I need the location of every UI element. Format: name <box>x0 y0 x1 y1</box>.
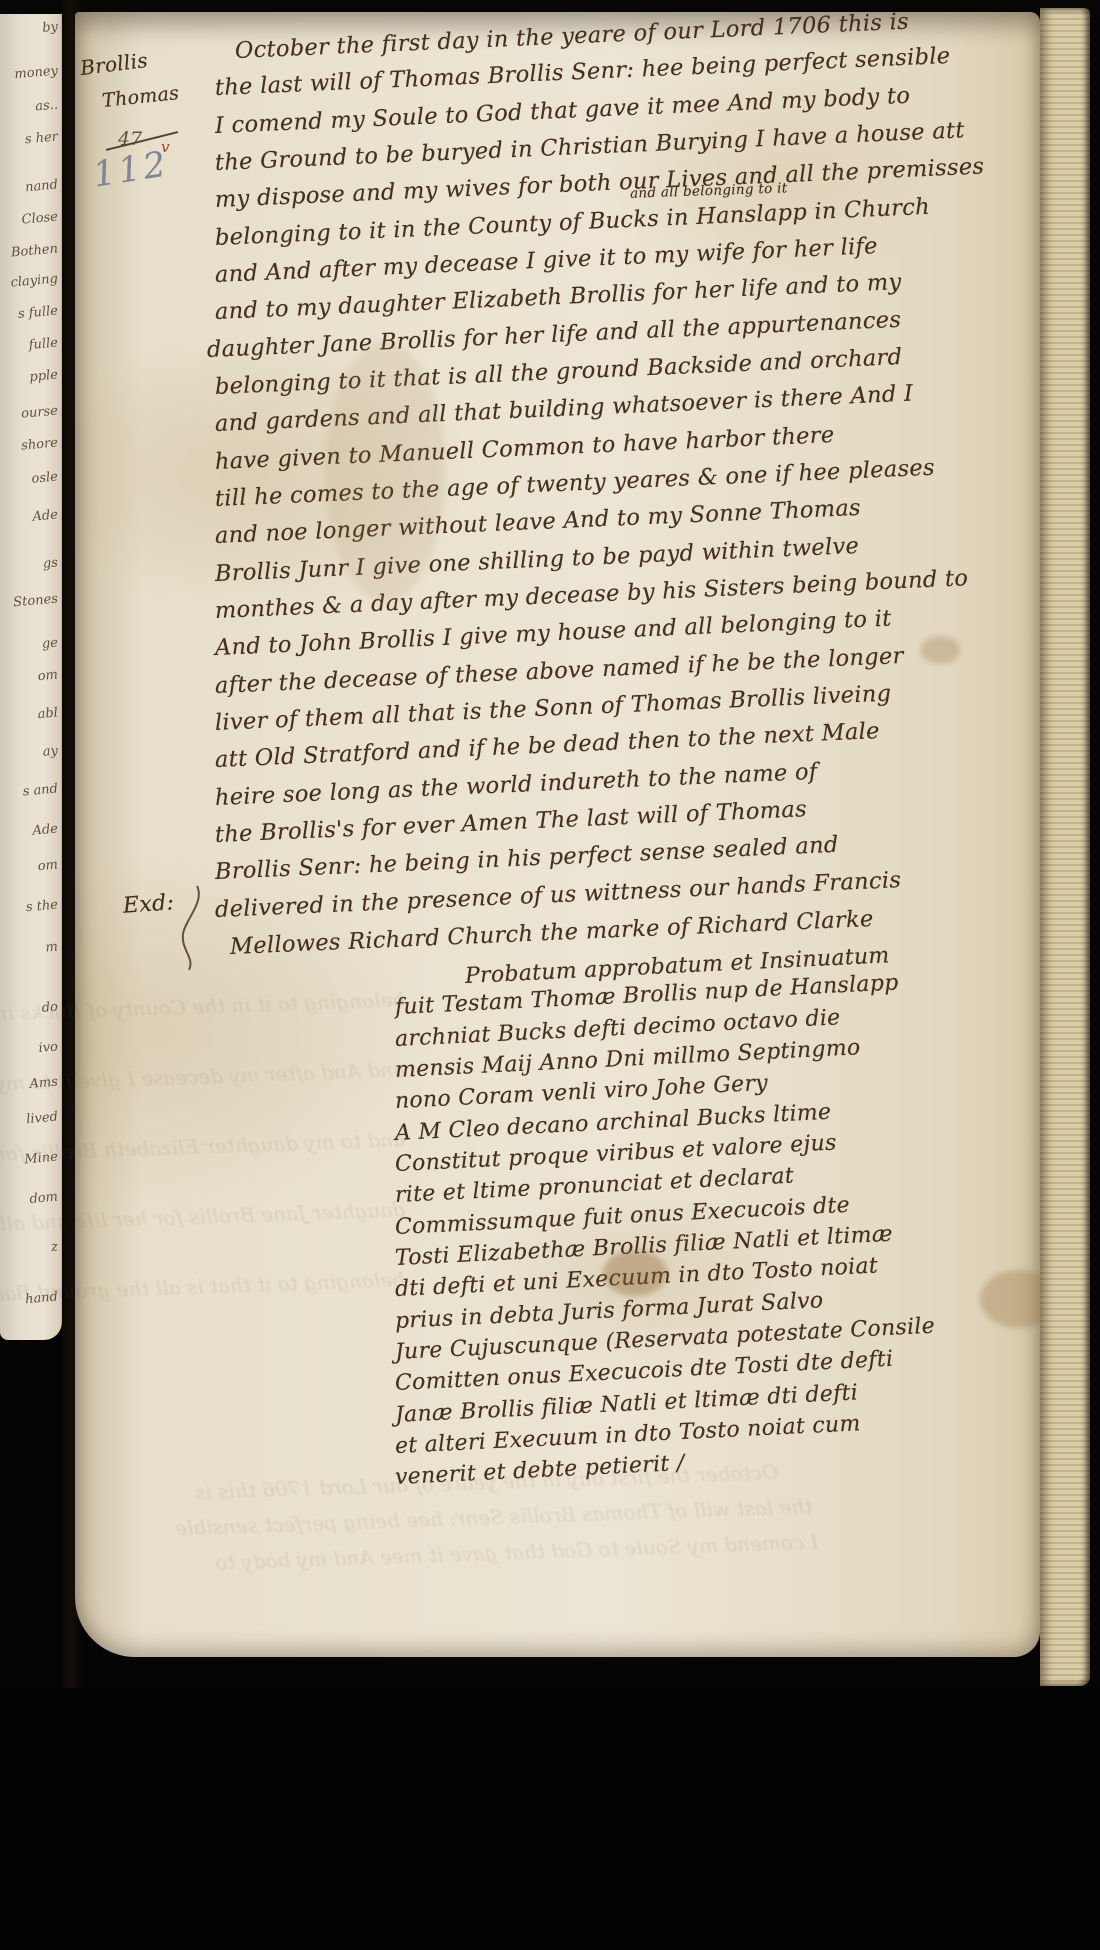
ink-stain <box>920 636 960 664</box>
margin-page-number: 112 <box>90 144 171 195</box>
edge-fragment: pple <box>0 368 59 388</box>
edge-fragment: ay <box>0 744 59 764</box>
bleedthrough-ghost-line: belonging to it in the County of Bucks i… <box>135 987 406 1020</box>
edge-fragment: osle <box>0 470 59 490</box>
edge-fragment: s the <box>0 898 59 918</box>
bleedthrough-ghost-line: and to my daughter Elizabeth Brollis for… <box>135 1127 406 1160</box>
edge-fragment: z <box>0 1240 59 1260</box>
manuscript-page: Brollis Thomas 47 v 112 belonging to it … <box>75 12 1040 1657</box>
ink-stain <box>325 342 445 602</box>
edge-fragment: Bothen <box>0 242 59 262</box>
edge-fragment: om <box>0 668 59 688</box>
edge-fragment: money <box>0 64 59 84</box>
ink-stain <box>603 1250 667 1296</box>
bleedthrough-ghost-line: I comend my Soule to God that gave it me… <box>215 1529 819 1574</box>
edge-fragment: abl <box>0 706 59 726</box>
edge-fragment: as.. <box>0 98 59 118</box>
edge-fragment: ourse <box>0 404 59 424</box>
margin-surname: Brollis <box>79 48 149 80</box>
bleedthrough-ghost-line: and And after my decease I give it to my… <box>135 1057 406 1090</box>
edge-fragment: gs <box>0 556 59 576</box>
page-stack-fore-edge <box>1040 8 1090 1686</box>
edge-fragment: Ade <box>0 822 59 842</box>
bleedthrough-ghost-line: daughter Jane Brollis for her life and a… <box>135 1197 406 1230</box>
edge-fragment: fulle <box>0 336 59 356</box>
edge-fragment: nand <box>0 178 59 198</box>
background-bottom <box>0 1688 1100 1950</box>
edge-fragment: Ade <box>0 508 59 528</box>
edge-fragment: om <box>0 858 59 878</box>
edge-fragment: m <box>0 940 59 960</box>
edge-fragment: Stones <box>0 592 59 612</box>
edge-fragment: s and <box>0 782 59 802</box>
margin-forename: Thomas <box>101 82 180 112</box>
edge-fragment: dom <box>0 1190 59 1210</box>
edge-fragment: ge <box>0 636 59 656</box>
edge-fragment: Close <box>0 210 59 230</box>
edge-fragment: lived <box>0 1110 59 1130</box>
edge-fragment: shore <box>0 436 59 456</box>
examined-flourish-stroke <box>167 882 207 972</box>
edge-fragment: claying <box>0 272 59 292</box>
edge-fragment: ivo <box>0 1040 59 1060</box>
edge-fragment: by <box>0 20 59 40</box>
bleedthrough-ghost-line: belonging to it that is all the ground B… <box>135 1267 406 1300</box>
edge-fragment: s fulle <box>0 304 59 324</box>
edge-fragment: s her <box>0 130 59 150</box>
photo-background: by money as.. s her nand Close Bothen cl… <box>0 0 1100 1950</box>
